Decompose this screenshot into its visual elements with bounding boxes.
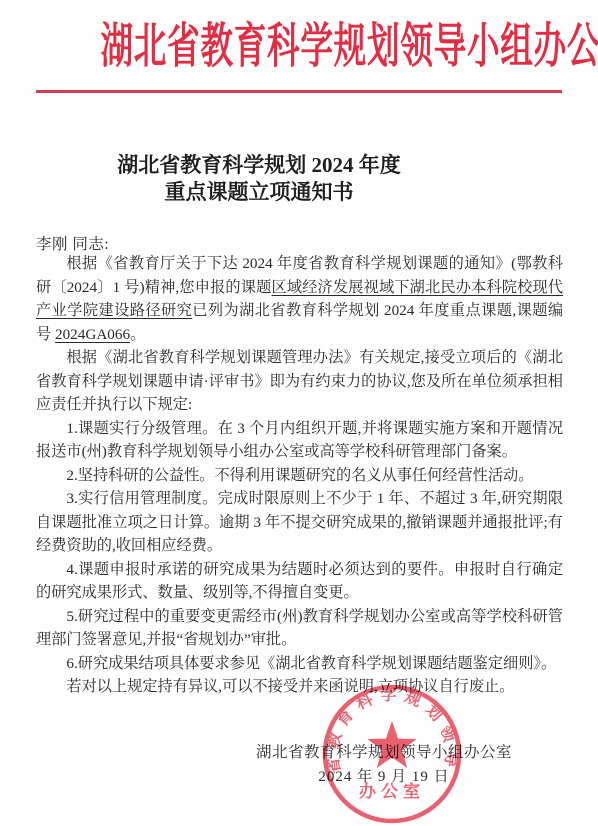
body-paragraph: 若对以上规定持有异议,可以不接受并来函说明,立项协议自行废止。 [36,675,563,699]
body-paragraph: 3.实行信用管理制度。完成时限原则上不少于 1 年、不超过 3 年,研究期限自课… [36,487,563,558]
paragraph-text: 。 [130,326,145,343]
body-paragraph: 根据《省教育厅关于下达 2024 年度省教育科学规划课题的通知》(鄂教科研〔20… [36,252,563,346]
paragraph-text: 2.坚持科研的公益性。不得利用课题研究的名义从事任何经营性活动。 [66,467,533,484]
signature-date: 2024 年 9 月 19 日 [256,765,512,790]
notice-body: 根据《省教育厅关于下达 2024 年度省教育科学规划课题的通知》(鄂教科研〔20… [36,252,563,699]
body-paragraph: 1.课题实行分级管理。在 3 个月内组织开题,并将课题实施方案和开题情况报送市(… [36,417,563,464]
paragraph-text: 5.研究过程中的重要变更需经市(州)教育科学规划办公室或高等学校科研管理部门签署… [36,608,563,649]
underlined-text: 2024GA066 [55,326,130,343]
paragraph-text: 6.研究成果结项具体要求参见《湖北省教育科学规划课题结题鉴定细则》。 [66,655,556,672]
agency-masthead: 湖北省教育科学规划领导小组办公室 [0,20,598,74]
document-title-line2: 重点课题立项通知书 [117,179,401,206]
addressee-line: 李刚 同志: [36,232,109,254]
paragraph-text: 若对以上规定持有异议,可以不接受并来函说明,立项协议自行废止。 [66,678,514,695]
document-title: 湖北省教育科学规划 2024 年度 重点课题立项通知书 [0,152,598,206]
signature-block: 湖北省教育科学规划领导小组办公室 2024 年 9 月 19 日 [256,740,512,790]
body-paragraph: 根据《湖北省教育科学规划课题管理办法》有关规定,接受立项后的《湖北省教育科学规划… [36,346,563,417]
official-notice-document: 湖北省教育科学规划领导小组办公室 湖北省教育科学规划 2024 年度 重点课题立… [0,0,598,826]
masthead-divider-rule [36,90,562,93]
body-paragraph: 2.坚持科研的公益性。不得利用课题研究的名义从事任何经营性活动。 [36,464,563,488]
document-title-line1: 湖北省教育科学规划 2024 年度 [117,152,401,179]
paragraph-text: 4.课题申报时承诺的研究成果为结题时必须达到的要件。申报时自行确定的研究成果形式… [36,561,563,602]
body-paragraph: 5.研究过程中的重要变更需经市(州)教育科学规划办公室或高等学校科研管理部门签署… [36,605,563,652]
paragraph-text: 根据《湖北省教育科学规划课题管理办法》有关规定,接受立项后的《湖北省教育科学规划… [36,349,563,413]
paragraph-text: 3.实行信用管理制度。完成时限原则上不少于 1 年、不超过 3 年,研究期限自课… [36,490,563,554]
body-paragraph: 4.课题申报时承诺的研究成果为结题时必须达到的要件。申报时自行确定的研究成果形式… [36,558,563,605]
body-paragraph: 6.研究成果结项具体要求参见《湖北省教育科学规划课题结题鉴定细则》。 [36,652,563,676]
signature-org-name: 湖北省教育科学规划领导小组办公室 [256,740,512,765]
agency-masthead-text: 湖北省教育科学规划领导小组办公室 [100,20,598,74]
paragraph-text: 1.课题实行分级管理。在 3 个月内组织开题,并将课题实施方案和开题情况报送市(… [36,420,563,461]
